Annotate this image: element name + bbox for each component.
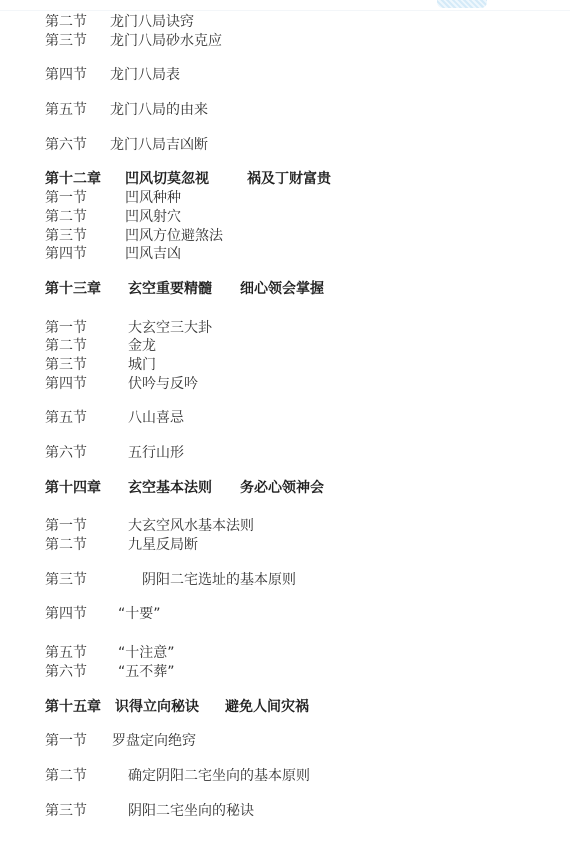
toc-row: 第四节 “十要” <box>45 605 560 624</box>
blank-line <box>45 428 560 444</box>
entry-label: 第四节 <box>45 605 118 624</box>
toc-row: 第五节 “十注意” <box>45 644 560 663</box>
entry-label: 第三节 <box>45 32 110 51</box>
entry-title: 凹风射穴 <box>125 208 181 227</box>
toc-row: 第六节 “五不葬” <box>45 663 560 682</box>
document-page: 第二节 龙门八局诀窍 第三节 龙门八局砂水克应 第四节 龙门八局表 第五节 龙门… <box>0 0 570 858</box>
entry-title: “十注意” <box>118 644 175 663</box>
top-hairline <box>0 10 570 11</box>
toc-row: 第四节 凹风吉凶 <box>45 245 560 264</box>
chapter-title: 识得立向秘诀 <box>115 698 199 717</box>
entry-label: 第五节 <box>45 101 110 120</box>
blank-line <box>45 497 560 517</box>
blank-line <box>45 154 560 170</box>
entry-title: 龙门八局的由来 <box>110 101 208 120</box>
chapter-label: 第十二章 <box>45 170 125 189</box>
blank-line <box>45 264 560 280</box>
entry-label: 第一节 <box>45 319 128 338</box>
entry-title: 龙门八局诀窍 <box>110 13 194 32</box>
toc-row: 第一节 大玄空三大卦 <box>45 319 560 338</box>
chapter-row: 第十三章 玄空重要精髓 细心领会掌握 <box>45 280 560 299</box>
toc-row: 第三节 城门 <box>45 356 560 375</box>
entry-label: 第二节 <box>45 767 128 786</box>
entry-label: 第二节 <box>45 13 110 32</box>
entry-title: 阴阳二宅选址的基本原则 <box>142 571 296 590</box>
top-right-fragment <box>437 0 487 8</box>
entry-label: 第二节 <box>45 337 128 356</box>
entry-label: 第四节 <box>45 66 110 85</box>
entry-title: 阴阳二宅坐向的秘诀 <box>128 802 254 821</box>
entry-label: 第六节 <box>45 444 128 463</box>
toc-row: 第二节 九星反局断 <box>45 536 560 555</box>
toc-row: 第二节 凹风射穴 <box>45 208 560 227</box>
entry-title: 凹风方位避煞法 <box>125 227 223 246</box>
toc-row: 第三节 凹风方位避煞法 <box>45 227 560 246</box>
blank-line <box>45 751 560 767</box>
blank-line <box>45 50 560 66</box>
toc-row: 第四节 伏吟与反吟 <box>45 375 560 394</box>
toc-row: 第五节 龙门八局的由来 <box>45 101 560 120</box>
blank-line <box>45 624 560 644</box>
blank-line <box>45 716 560 732</box>
chapter-title: 凹风切莫忽视 <box>125 170 209 189</box>
toc-row: 第三节 龙门八局砂水克应 <box>45 32 560 51</box>
entry-label: 第二节 <box>45 536 128 555</box>
toc-row: 第四节 龙门八局表 <box>45 66 560 85</box>
blank-line <box>45 120 560 136</box>
toc-row: 第三节 阴阳二宅选址的基本原则 <box>45 571 560 590</box>
entry-title: 确定阴阳二宅坐向的基本原则 <box>128 767 310 786</box>
toc-row: 第三节 阴阳二宅坐向的秘诀 <box>45 802 560 821</box>
entry-label: 第三节 <box>45 227 125 246</box>
entry-label: 第一节 <box>45 732 112 751</box>
entry-title: 凹风种种 <box>125 189 181 208</box>
toc-row: 第二节 确定阴阳二宅坐向的基本原则 <box>45 767 560 786</box>
blank-line <box>45 589 560 605</box>
blank-line <box>45 299 560 319</box>
toc-row: 第六节 龙门八局吉凶断 <box>45 136 560 155</box>
entry-title: 龙门八局砂水克应 <box>110 32 222 51</box>
chapter-subtitle: 祸及丁财富贵 <box>247 170 331 189</box>
entry-title: 城门 <box>128 356 156 375</box>
entry-title: 龙门八局表 <box>110 66 180 85</box>
chapter-label: 第十五章 <box>45 698 115 717</box>
chapter-label: 第十四章 <box>45 479 128 498</box>
entry-title: 凹风吉凶 <box>125 245 181 264</box>
toc-row: 第五节 八山喜忌 <box>45 409 560 428</box>
entry-label: 第六节 <box>45 136 110 155</box>
blank-line <box>45 393 560 409</box>
chapter-subtitle: 避免人间灾祸 <box>225 698 309 717</box>
entry-label: 第二节 <box>45 208 125 227</box>
chapter-title: 玄空基本法则 <box>128 479 212 498</box>
entry-title: 伏吟与反吟 <box>128 375 198 394</box>
entry-label: 第六节 <box>45 663 118 682</box>
blank-line <box>45 786 560 802</box>
toc-row: 第二节 龙门八局诀窍 <box>45 13 560 32</box>
entry-label: 第一节 <box>45 189 125 208</box>
entry-title: 大玄空风水基本法则 <box>128 517 254 536</box>
chapter-row: 第十二章 凹风切莫忽视 祸及丁财富贵 <box>45 170 560 189</box>
chapter-subtitle: 务必心领神会 <box>240 479 324 498</box>
toc-row: 第一节 凹风种种 <box>45 189 560 208</box>
entry-title: 大玄空三大卦 <box>128 319 212 338</box>
entry-title: 八山喜忌 <box>128 409 184 428</box>
entry-label: 第五节 <box>45 644 118 663</box>
entry-label: 第四节 <box>45 245 125 264</box>
entry-title: 九星反局断 <box>128 536 198 555</box>
entry-title: “十要” <box>118 605 161 624</box>
entry-title: 五行山形 <box>128 444 184 463</box>
chapter-subtitle: 细心领会掌握 <box>240 280 324 299</box>
entry-title: 金龙 <box>128 337 156 356</box>
entry-title: “五不葬” <box>118 663 175 682</box>
blank-line <box>45 463 560 479</box>
chapter-row: 第十五章 识得立向秘诀 避免人间灾祸 <box>45 698 560 717</box>
blank-line <box>45 85 560 101</box>
entry-label: 第四节 <box>45 375 128 394</box>
chapter-title: 玄空重要精髓 <box>128 280 212 299</box>
entry-label: 第三节 <box>45 802 128 821</box>
toc-row: 第二节 金龙 <box>45 337 560 356</box>
blank-line <box>45 555 560 571</box>
blank-line <box>45 682 560 698</box>
chapter-row: 第十四章 玄空基本法则 务必心领神会 <box>45 479 560 498</box>
toc-row: 第一节 大玄空风水基本法则 <box>45 517 560 536</box>
table-of-contents: 第二节 龙门八局诀窍 第三节 龙门八局砂水克应 第四节 龙门八局表 第五节 龙门… <box>45 13 560 820</box>
entry-label: 第三节 <box>45 356 128 375</box>
entry-title: 龙门八局吉凶断 <box>110 136 208 155</box>
entry-label: 第三节 <box>45 571 142 590</box>
chapter-label: 第十三章 <box>45 280 128 299</box>
entry-label: 第一节 <box>45 517 128 536</box>
toc-row: 第一节 罗盘定向绝窍 <box>45 732 560 751</box>
entry-title: 罗盘定向绝窍 <box>112 732 196 751</box>
entry-label: 第五节 <box>45 409 128 428</box>
toc-row: 第六节 五行山形 <box>45 444 560 463</box>
